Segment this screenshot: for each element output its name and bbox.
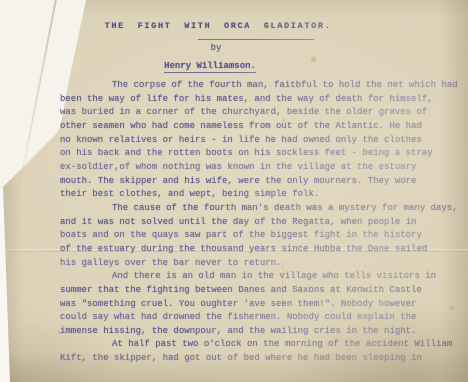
typed-line: summer that the fighting between Danes a… bbox=[60, 284, 462, 298]
typed-line: could say what had drowned the fishermen… bbox=[60, 311, 462, 325]
typed-line: no known relatives or heirs - in life he… bbox=[60, 134, 462, 148]
typed-line: and it was not solved until the day of t… bbox=[60, 216, 462, 230]
typed-line: At half past two o'clock on the morning … bbox=[60, 338, 462, 352]
typed-line: Kift, the skipper, had got out of bed wh… bbox=[60, 352, 462, 366]
typed-content: THE FIGHT WITH ORCA GLADIATOR. by Henry … bbox=[0, 0, 468, 382]
typed-line: his galleys over the bar never to return… bbox=[60, 257, 462, 271]
typed-line: been the way of life for his mates, and … bbox=[60, 93, 462, 107]
typed-line: And there is an old man in the village w… bbox=[60, 270, 462, 284]
document-body: The corpse of the fourth man, faithful t… bbox=[60, 79, 462, 366]
typed-line: immense hissing, the downpour, and the w… bbox=[60, 325, 462, 339]
title-underline bbox=[198, 39, 314, 40]
typed-line: mouth. The skipper and his wife, were th… bbox=[60, 175, 462, 189]
typed-line: was "something cruel. You oughter 'ave s… bbox=[60, 298, 462, 312]
byline-label: by bbox=[0, 43, 450, 53]
typed-line: their best clothes, and wept, being simp… bbox=[60, 188, 462, 202]
typed-line: The corpse of the fourth man, faithful t… bbox=[60, 79, 462, 93]
typed-line: of the estuary during the thousand years… bbox=[60, 243, 462, 257]
typed-line: ex-soldier,of whom nothing was known in … bbox=[60, 161, 462, 175]
typed-line: was buried in a corner of the churchyard… bbox=[60, 106, 462, 120]
typed-line: other seamen who had come nameless from … bbox=[60, 120, 462, 134]
document-title: THE FIGHT WITH ORCA GLADIATOR. bbox=[0, 21, 452, 31]
typed-line: The cause of the fourth man's death was … bbox=[60, 202, 462, 216]
typed-line: on his back and the rotten boots on his … bbox=[60, 147, 462, 161]
scanned-page-photo: THE FIGHT WITH ORCA GLADIATOR. by Henry … bbox=[0, 0, 468, 382]
author-line: Henry Williamson. bbox=[0, 55, 444, 73]
typed-line: boats and on the quays saw part of the b… bbox=[60, 229, 462, 243]
author-name: Henry Williamson. bbox=[164, 61, 256, 73]
